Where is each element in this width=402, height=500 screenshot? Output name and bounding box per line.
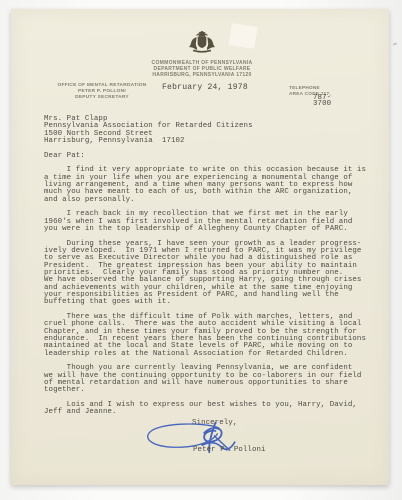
letterhead-telephone-block: TELEPHONE AREA CODE 717, 787-3700 <box>289 85 331 96</box>
letter-paragraph: Though you are currently leaving Pennsyl… <box>44 365 374 394</box>
salutation: Dear Pat: <box>44 153 374 160</box>
letter-paragraph: I find it very appropriate to write on t… <box>44 167 374 203</box>
scan-speck <box>393 42 397 45</box>
letterhead-office-block: OFFICE OF MENTAL RETARDATION PETER P. PO… <box>36 83 168 100</box>
letter-paper: COMMONWEALTH OF PENNSYLVANIA DEPARTMENT … <box>11 9 389 485</box>
signature-name: Peter P. Polloni <box>193 446 266 454</box>
letter-date: February 24, 1978 <box>162 83 248 92</box>
letter-paragraph: During these years, I have seen your gro… <box>44 241 374 307</box>
pennsylvania-crest-icon <box>189 29 215 53</box>
agency-line: HARRISBURG, PENNSYLVANIA 17120 <box>52 72 352 78</box>
letter-body: Mrs. Pat Clapp Pennsylvania Association … <box>44 116 374 424</box>
scanned-letter: COMMONWEALTH OF PENNSYLVANIA DEPARTMENT … <box>0 0 402 500</box>
telephone-number: 787-3700 <box>313 96 331 107</box>
recipient-address: Mrs. Pat Clapp Pennsylvania Association … <box>44 116 374 145</box>
letter-paragraph: Lois and I wish to express our best wish… <box>44 402 374 417</box>
tape-mark <box>228 23 257 49</box>
letterhead-agency: COMMONWEALTH OF PENNSYLVANIA DEPARTMENT … <box>52 60 352 78</box>
letter-paragraph: I reach back in my recollection that we … <box>44 211 374 233</box>
office-line: DEPUTY SECRETARY <box>36 95 168 101</box>
letter-paragraph: There was the difficult time of Polk wit… <box>44 314 374 358</box>
